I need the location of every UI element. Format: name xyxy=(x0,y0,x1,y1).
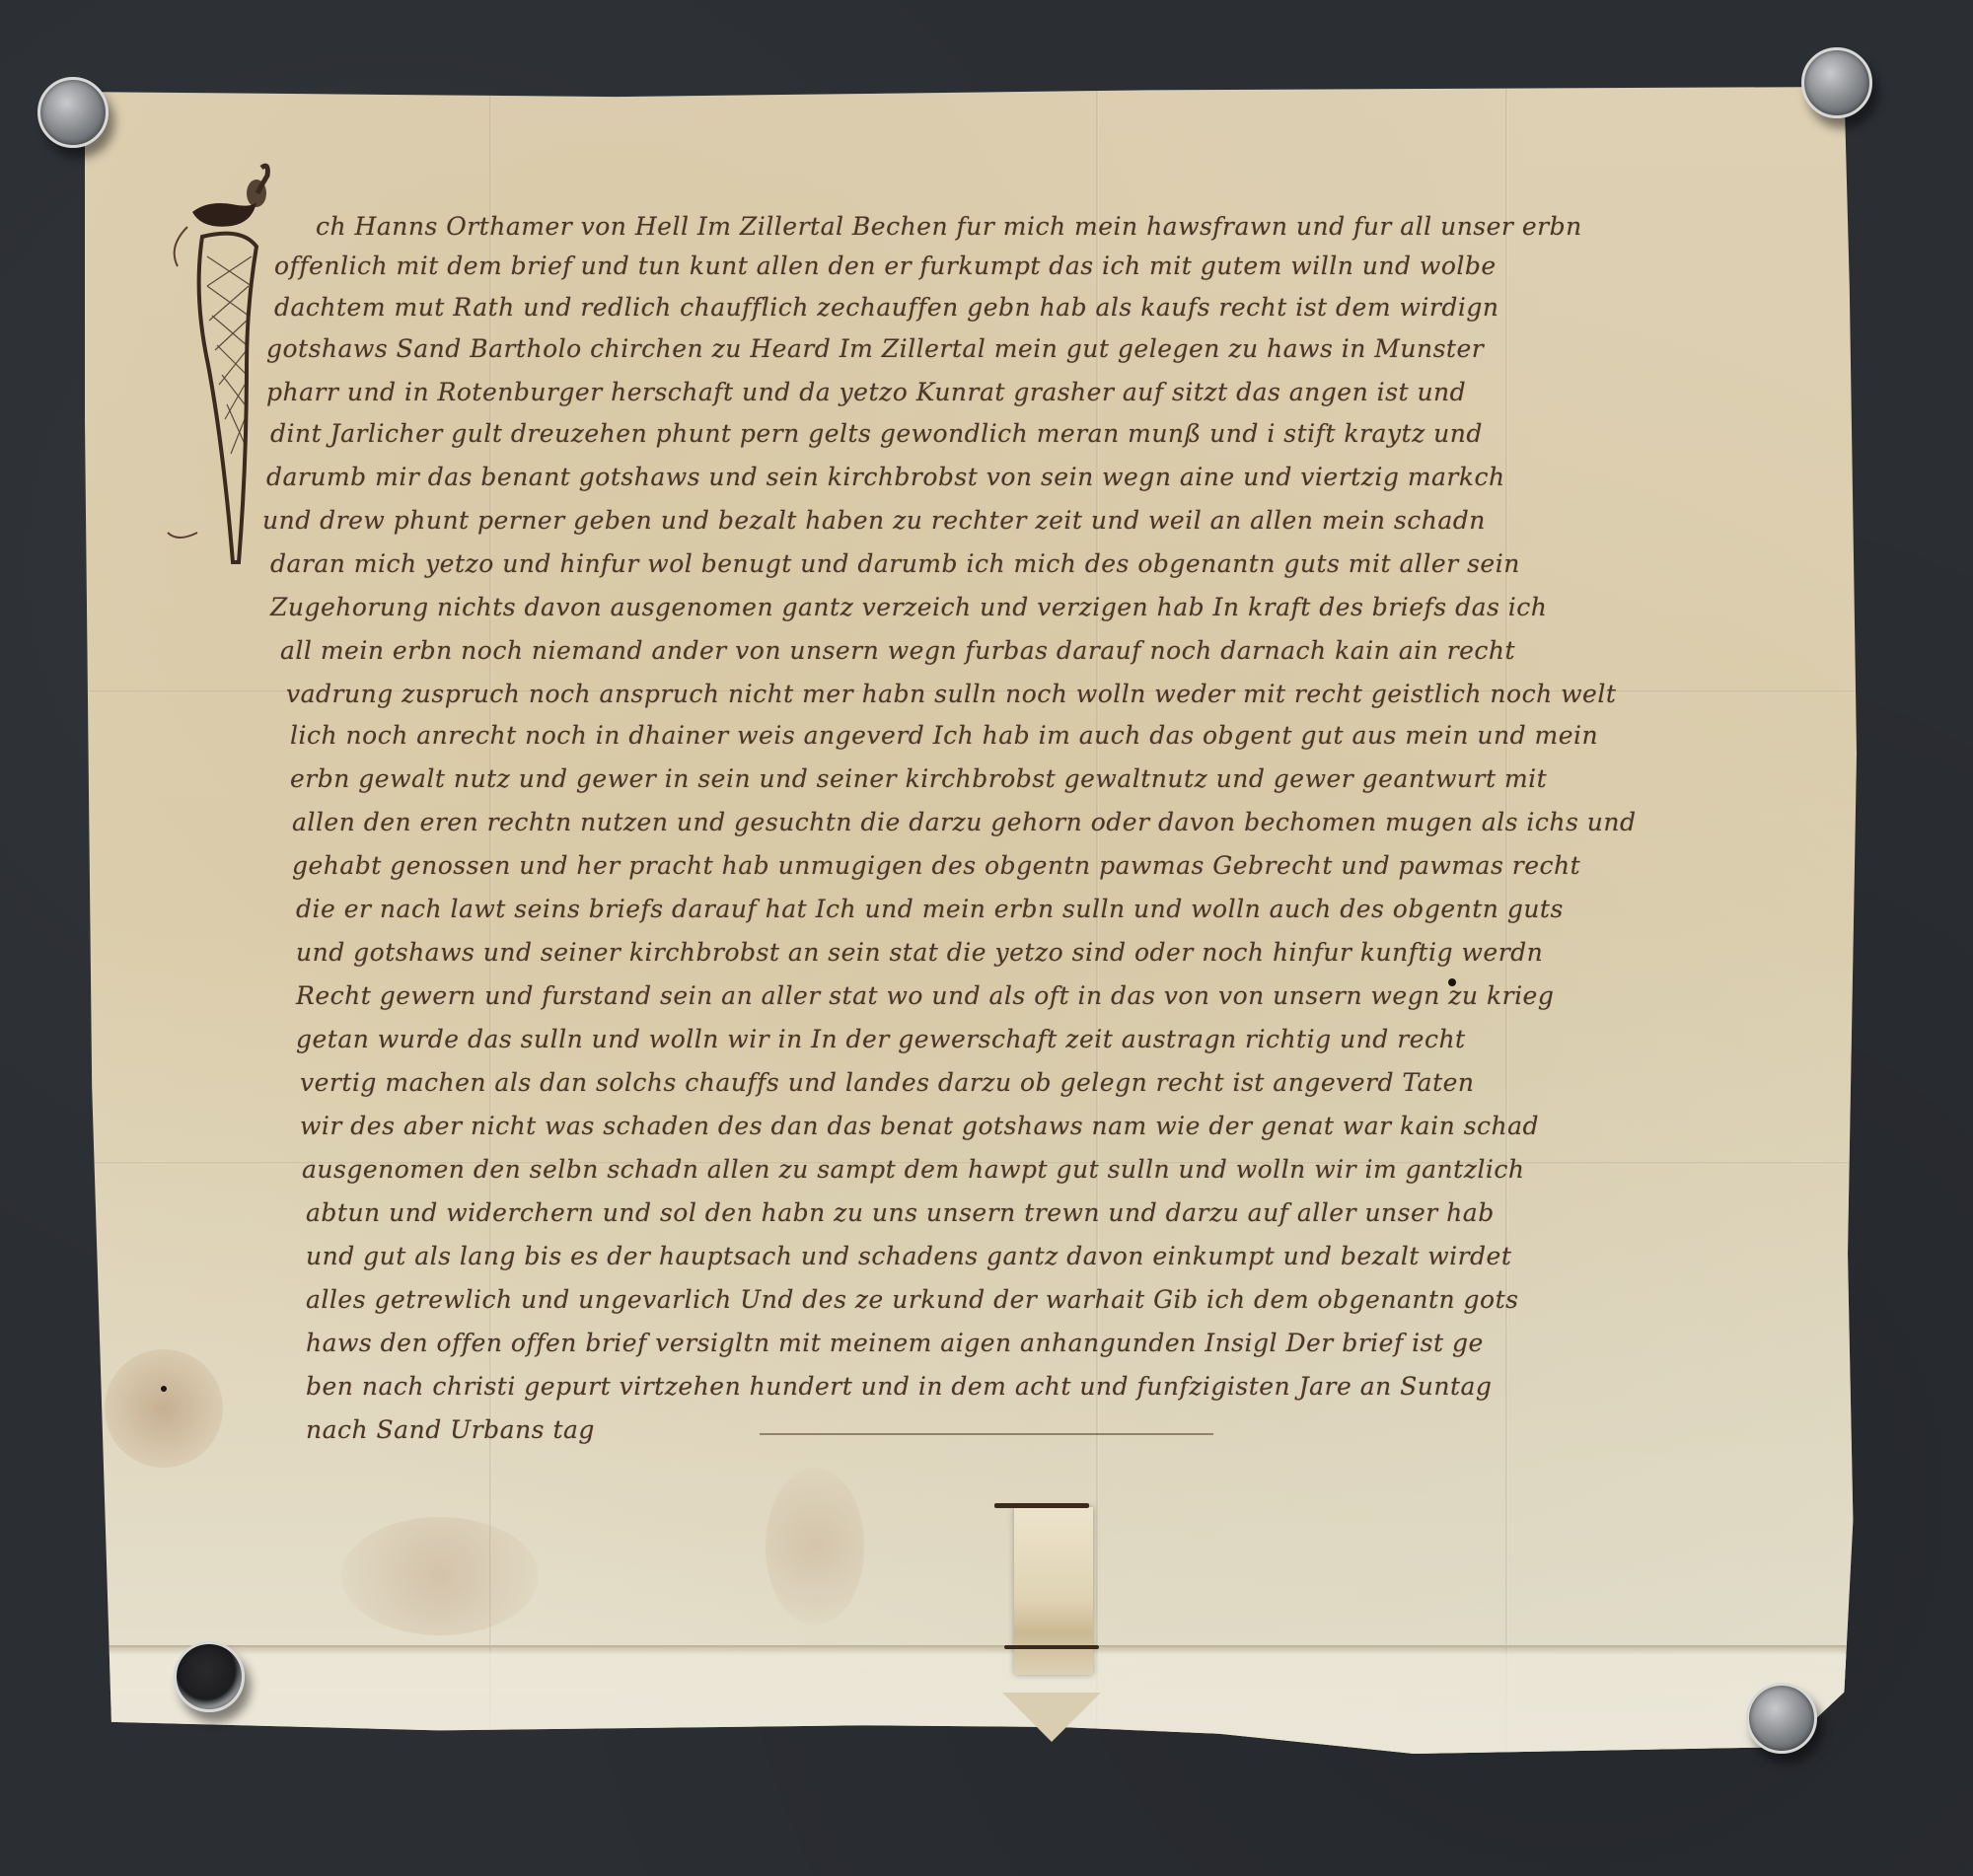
text-line: vertig machen als dan solchs chauffs und… xyxy=(300,1068,1475,1097)
seal-slit xyxy=(1004,1645,1099,1649)
text-line: und drew phunt perner geben und bezalt h… xyxy=(262,506,1486,535)
text-line: gotshaws Sand Bartholo chirchen zu Heard… xyxy=(266,334,1484,363)
text-line: vadrung zuspruch noch anspruch nicht mer… xyxy=(286,680,1616,708)
text-line: gehabt genossen und her pracht hab unmug… xyxy=(292,851,1580,880)
text-line: dachtem mut Rath und redlich chaufflich … xyxy=(274,293,1498,322)
stain xyxy=(766,1468,864,1625)
text-line: ch Hanns Orthamer von Hell Im Zillertal … xyxy=(316,212,1582,241)
seal-slit xyxy=(994,1503,1089,1508)
text-line: allen den eren rechtn nutzen und gesucht… xyxy=(292,808,1637,836)
text-line: abtun und widerchern und sol den habn zu… xyxy=(306,1198,1495,1227)
text-line: die er nach lawt seins briefs darauf hat… xyxy=(296,895,1564,923)
text-line: haws den offen offen brief versigltn mit… xyxy=(306,1329,1484,1357)
mount-magnet-top-right xyxy=(1801,47,1872,118)
text-line: dint Jarlicher gult dreuzehen phunt pern… xyxy=(270,419,1483,448)
plica-fold xyxy=(85,1645,1857,1756)
text-line: und gut als lang bis es der hauptsach un… xyxy=(306,1242,1511,1270)
mount-magnet-top-left xyxy=(37,77,109,148)
text-line: nach Sand Urbans tag xyxy=(306,1415,595,1444)
text-line: darumb mir das benant gotshaws und sein … xyxy=(266,463,1505,491)
text-line: ben nach christi gepurt virtzehen hunder… xyxy=(306,1372,1492,1401)
text-line: pharr und in Rotenburger herschaft und d… xyxy=(266,378,1466,406)
text-line: all mein erbn noch niemand ander von uns… xyxy=(280,636,1515,665)
ink-blot xyxy=(161,1386,167,1392)
text-line: und gotshaws und seiner kirchbrobst an s… xyxy=(296,938,1543,967)
text-line: wir des aber nicht was schaden des dan d… xyxy=(300,1112,1539,1140)
text-line: ausgenomen den selbn schadn allen zu sam… xyxy=(302,1155,1524,1184)
seal-tag-strip xyxy=(1014,1507,1093,1675)
seal-tag-end xyxy=(1002,1693,1101,1742)
mount-magnet-bottom-left xyxy=(174,1641,245,1712)
text-line: daran mich yetzo und hinfur wol benugt u… xyxy=(270,549,1520,578)
text-line: erbn gewalt nutz und gewer in sein und s… xyxy=(290,764,1547,793)
text-line: lich noch anrecht noch in dhainer weis a… xyxy=(290,721,1598,750)
text-line: Zugehorung nichts davon ausgenomen gantz… xyxy=(270,593,1547,621)
text-line: alles getrewlich und ungevarlich Und des… xyxy=(306,1285,1518,1314)
text-line: Recht gewern und furstand sein an aller … xyxy=(296,981,1554,1010)
text-line: offenlich mit dem brief und tun kunt all… xyxy=(274,252,1497,280)
text-line: getan wurde das sulln und wolln wir in I… xyxy=(296,1025,1466,1053)
closing-flourish-line xyxy=(760,1433,1213,1435)
mount-magnet-bottom-right xyxy=(1746,1683,1817,1754)
ink-blot xyxy=(1448,978,1456,986)
stain xyxy=(105,1349,223,1468)
decorated-initial-icon xyxy=(158,158,276,572)
stain xyxy=(341,1517,539,1635)
